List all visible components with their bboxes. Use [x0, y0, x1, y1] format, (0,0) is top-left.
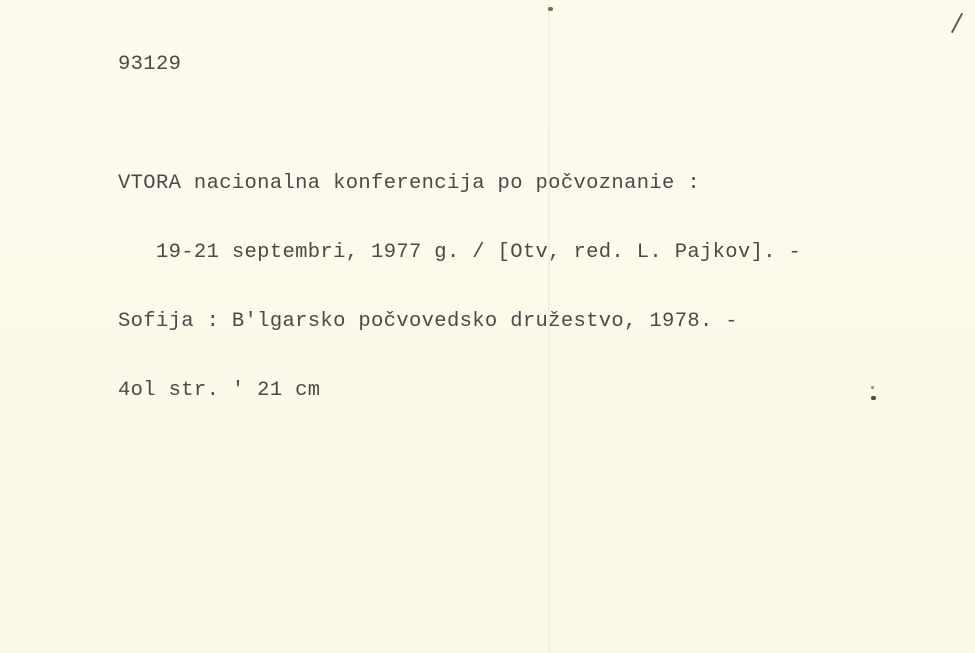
corner-slash-mark [951, 13, 963, 33]
bibliographic-entry: VTORA nacionalna konferencija po počvozn… [118, 126, 801, 448]
entry-title-line: VTORA nacionalna konferencija po počvozn… [118, 172, 801, 195]
entry-extent-line: 4ol str. ' 21 cm [118, 379, 801, 402]
ink-spot [871, 396, 876, 400]
catalog-card: 93129 VTORA nacionalna konferencija po p… [0, 0, 975, 653]
ink-spot [548, 7, 553, 11]
ink-spot [871, 386, 874, 389]
entry-date-editor-line: 19-21 septembri, 1977 g. / [Otv, red. L.… [118, 241, 801, 264]
card-number: 93129 [118, 53, 181, 76]
entry-publisher-line: Sofija : B'lgarsko počvovedsko družestvo… [118, 310, 801, 333]
